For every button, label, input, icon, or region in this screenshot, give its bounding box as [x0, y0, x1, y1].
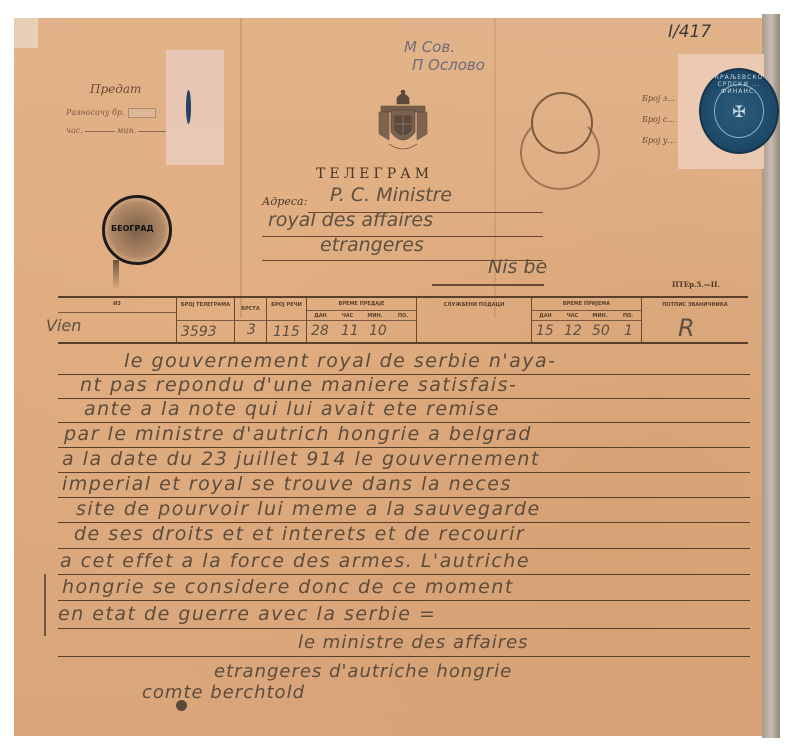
col-official-signature: ПОТПИС ЗВАНИЧНИКА R [641, 298, 748, 342]
send-minute: 10 [369, 323, 387, 339]
pencil-note-line: П Ослово [404, 56, 485, 74]
receive-day: 15 [536, 323, 554, 339]
message-line: a la date du 23 juillet 914 le gouvernem… [62, 448, 540, 470]
ink-dot [176, 700, 187, 711]
message-line: ante a la note qui lui avait ete remise [84, 398, 500, 420]
broj-label: Број з... [642, 88, 675, 109]
address-rule [432, 284, 544, 286]
postmark-faint [520, 115, 600, 190]
col-receive-time: ВРЕМЕ ПРИЈЕМА ДАН ЧАС МИН. ПО. 15 12 50 … [531, 298, 641, 342]
seal-ring-text: КРАЉЕВСКО СРПСКИ ... ФИНАНС. [701, 74, 777, 95]
signature-initial: R [678, 314, 695, 342]
courier-label: Разносачу бр. [66, 108, 125, 117]
broj-label: Број у... [642, 130, 675, 151]
margin-annotation [44, 574, 52, 636]
courier-number-box [128, 108, 156, 118]
word-count-value: 115 [273, 324, 300, 340]
broj-label: Број с... [642, 109, 675, 130]
pencil-note-line: М Сов. [404, 38, 485, 56]
col-from: ИЗ Vien [58, 298, 176, 342]
col-label: ИЗ [58, 301, 176, 308]
message-line: imperial et royal se trouve dans la nece… [62, 473, 512, 495]
address-line: P. C. Ministre [330, 184, 452, 206]
message-line: en etat de guerre avec la serbie = [58, 603, 436, 625]
col-send-time: ВРЕМЕ ПРЕДАЈЕ ДАН ЧАС МИН. ПО. 28 11 10 [306, 298, 416, 342]
coat-of-arms-icon [375, 88, 431, 158]
sub-label: ЧАС [334, 313, 361, 320]
pencil-note: М Сов. П Ослово [404, 38, 485, 74]
col-telegram-number: БРОЈ ТЕЛЕГРАМА 3593 [176, 298, 234, 342]
form-code: ПТЕр.5.—II. [672, 280, 720, 289]
ruled-line [58, 600, 750, 601]
sub-label: МИН. [586, 313, 614, 320]
send-hour: 11 [341, 323, 359, 339]
col-label: БРОЈ РЕЧИ [267, 302, 306, 309]
sub-label: ДАН [532, 313, 559, 320]
receive-minute: 50 [592, 323, 610, 339]
sub-label: ПО. [614, 313, 642, 320]
receipt-number-labels: Број з... Број с... Број у... [642, 88, 675, 151]
sub-label: ЧАС [559, 313, 586, 320]
col-label: БРСТА [235, 306, 266, 313]
ink-stamp-text: БЕОГРАД [111, 224, 154, 233]
message-line: a cet effet a la force des armes. L'autr… [60, 550, 530, 572]
col-label: СЛУЖБЕНИ ПОДАЦИ [417, 302, 531, 309]
ruled-line [58, 548, 750, 549]
col-label: ВРЕМЕ ПРИЈЕМА [532, 301, 641, 308]
telegram-number-value: 3593 [181, 324, 217, 340]
col-label: ВРЕМЕ ПРЕДАЈЕ [307, 301, 416, 308]
ink-date-stamp: БЕОГРАД [102, 195, 172, 265]
send-day: 28 [311, 323, 329, 339]
telegram-header-table: ИЗ Vien БРОЈ ТЕЛЕГРАМА 3593 БРСТА 3 БРОЈ… [58, 296, 748, 344]
col-type: БРСТА 3 [234, 298, 266, 342]
message-line: par le ministre d'autrich hongrie a belg… [64, 423, 532, 445]
royal-seal: КРАЉЕВСКО СРПСКИ ... ФИНАНС. ✠ [699, 68, 779, 154]
fold-crease [240, 18, 242, 318]
receive-period: 1 [624, 323, 633, 339]
ink-smudge [113, 260, 119, 290]
signature-line: comte berchtold [142, 682, 305, 703]
col-label: БРОЈ ТЕЛЕГРАМА [177, 302, 234, 309]
sub-label: ДАН [307, 313, 334, 320]
type-value: 3 [247, 322, 256, 338]
col-label: ПОТПИС ЗВАНИЧНИКА [642, 302, 748, 309]
receive-hour: 12 [564, 323, 582, 339]
document-title: ТЕЛЕГРАМ [316, 166, 433, 182]
address-line: royal des affaires [268, 209, 433, 231]
message-line: hongrie se considere donc de ce moment [62, 576, 514, 598]
col-word-count: БРОЈ РЕЧИ 115 [266, 298, 306, 342]
minute-label: мин. [117, 126, 137, 135]
archive-number: I/417 [668, 22, 711, 42]
revenue-stamp-left [166, 50, 224, 165]
sub-label: ПО. [389, 313, 417, 320]
signature-line: le ministre des affaires [298, 632, 529, 653]
predat-time-row: час.мин. [66, 126, 170, 135]
message-line: site de pourvoir lui meme a la sauvegard… [76, 498, 541, 520]
predat-courier-row: Разносачу бр. [66, 108, 156, 118]
blue-mark-icon [186, 90, 191, 124]
signature-line: etrangeres d'autriche hongrie [214, 661, 512, 682]
sub-label: МИН. [361, 313, 389, 320]
message-line: le gouvernement royal de serbie n'aya- [124, 350, 557, 372]
col-official-data: СЛУЖБЕНИ ПОДАЦИ [416, 298, 531, 342]
address-label: Адреса: [262, 195, 307, 208]
ruled-line [58, 574, 750, 575]
ruled-line [58, 656, 750, 657]
predat-title: Предат [90, 82, 141, 96]
message-line: de ses droits et et interets et de recou… [74, 523, 525, 545]
message-line: nt pas repondu d'une maniere satisfais- [80, 374, 517, 396]
address-line: etrangeres [320, 234, 424, 256]
ruled-line [58, 628, 750, 629]
address-line: Nis be [488, 256, 547, 278]
corner-wear [14, 18, 38, 48]
origin-value: Vien [46, 316, 81, 335]
hour-label: час. [66, 126, 83, 135]
